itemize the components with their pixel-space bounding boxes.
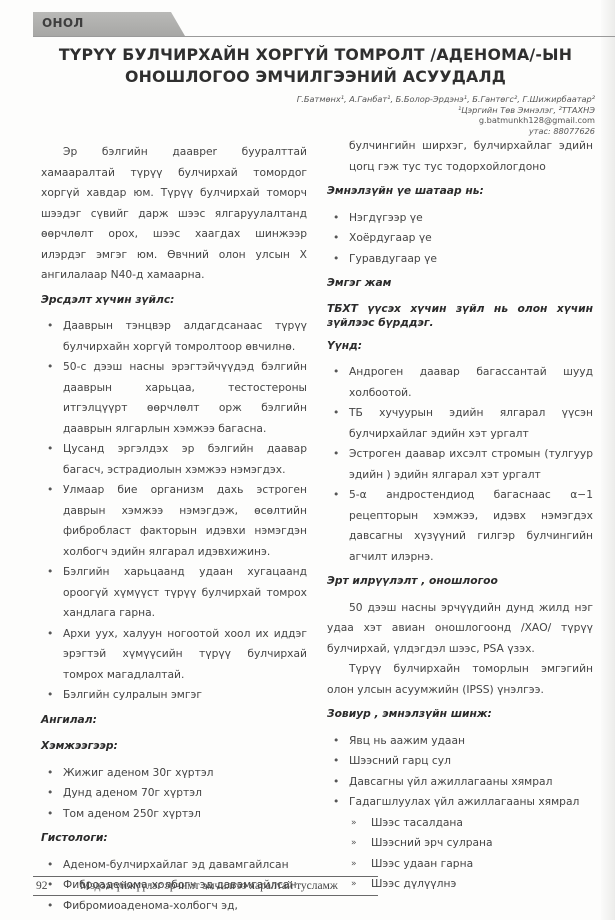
list-item: Дааврын тэнцвэр алдагдсанаас түрүү булчи… [41, 316, 307, 357]
list-item: ТБ хучуурын эдийн ялгарал үүсэн булчирха… [327, 403, 593, 444]
right-column: булчингийн ширхэг, булчирхайлаг эдийн цо… [327, 136, 593, 895]
left-column: Эр бэлгийн даавper бууралттай хамааралта… [41, 142, 307, 916]
section-tab-label: ОНОЛ [42, 16, 84, 30]
article-title: ТҮРҮҮ БУЛЧИРХАЙН ХОРГҮЙ ТОМРОЛТ /АДЕНОМА… [33, 44, 598, 88]
symptoms-list: Явц нь аажим удаан Шээсний гарц сул Давс… [327, 731, 593, 813]
list-item: Эстроген даавар ихсэлт стромын (тулгуур … [327, 444, 593, 485]
author-email: g.batmunkh128@gmail.com [297, 115, 595, 126]
basis-heading: Үүнд: [327, 336, 593, 357]
author-phone: утас: 88077626 [297, 126, 595, 137]
clinical-stages-heading: Эмнэлзүйн үе шатаар нь: [327, 181, 593, 202]
intro-paragraph: Эр бэлгийн даавper бууралттай хамааралта… [41, 142, 307, 286]
list-item: Фибромиоаденома-холбогч эд, [41, 896, 307, 917]
size-list: Жижиг аденом 30г хүртэл Дунд аденом 70г … [41, 763, 307, 825]
risk-factors-list: Дааврын тэнцвэр алдагдсанаас түрүү булчи… [41, 316, 307, 706]
list-item: Архи уух, халуун ногоотой хоол их иддэг … [41, 624, 307, 686]
classification-heading: Ангилал: [41, 710, 307, 731]
list-item: Андроген даавар багассантай шууд холбоот… [327, 362, 593, 403]
page-footer: 92 Мэдээгүйжүүлэг эрчимт эмчилгээ яаралт… [33, 876, 378, 896]
list-item: Аденом-булчирхайлаг эд давамгайлсан [41, 855, 307, 876]
early-detection-paragraph-1: 50 дээш насны эрчүүдийн дунд жилд нэг уд… [327, 598, 593, 660]
early-detection-paragraph-2: Түрүү булчирхайн томорлын эмгэгийн олон … [327, 659, 593, 700]
journal-name: Мэдээгүйжүүлэг эрчимт эмчилгээ яаралтай … [80, 877, 338, 895]
list-item: Цусанд эргэлдэх эр бэлгийн даавар багасч… [41, 439, 307, 480]
list-item: Гадагшлуулах үйл ажиллагааны хямрал [327, 792, 593, 813]
early-detection-heading: Эрт илрүүлэлт , оношлогоо [327, 571, 593, 592]
page-number: 92 [36, 877, 48, 895]
section-tab: ОНОЛ [33, 12, 185, 36]
author-affiliations: ¹Цэргийн Төв Эмнэлэг, ²ТТАХНЭ [297, 105, 595, 116]
list-item: Бэлгийн сулралын эмгэг [41, 685, 307, 706]
list-item: Бэлгийн харьцаанд удаан хугацаанд ороогү… [41, 562, 307, 624]
list-item: Шээсний эрч сулрана [327, 833, 593, 854]
list-item: Шээс удаан гарна [327, 854, 593, 875]
pathogenesis-heading: Эмгэг жам [327, 273, 593, 294]
size-heading: Хэмжээгээр: [41, 736, 307, 757]
list-item: Хоёрдугаар үе [327, 228, 593, 249]
list-item: Нэгдүгээр үе [327, 208, 593, 229]
list-item: Улмаар бие организм дахь эстроген даврын… [41, 480, 307, 562]
causes-heading: ТБХТ үүсэх хүчин зүйл нь олон хүчин зүйл… [327, 302, 593, 330]
histology-heading: Гистологи: [41, 828, 307, 849]
list-item: Шээсний гарц сул [327, 751, 593, 772]
header-rule [33, 36, 615, 37]
list-item: Жижиг аденом 30г хүртэл [41, 763, 307, 784]
list-item: Гуравдугаар үе [327, 249, 593, 270]
author-names: Г.Батмөнх¹, А.Ганбат¹, Б.Болор-Эрдэнэ¹, … [297, 94, 595, 105]
list-item: Дунд аденом 70г хүртэл [41, 783, 307, 804]
symptoms-heading: Зовиур , эмнэлзүйн шинж: [327, 704, 593, 725]
clinical-stages-list: Нэгдүгээр үе Хоёрдугаар үе Гуравдугаар ү… [327, 208, 593, 270]
list-item: 50-с дээш насны эрэгтэйчүүдэд бэлгийн да… [41, 357, 307, 439]
basis-list: Андроген даавар багассантай шууд холбоот… [327, 362, 593, 567]
list-item: Том аденом 250г хүртэл [41, 804, 307, 825]
page-edge-shadow [601, 0, 615, 920]
list-item: Шээс тасалдана [327, 813, 593, 834]
author-block: Г.Батмөнх¹, А.Ганбат¹, Б.Болор-Эрдэнэ¹, … [297, 94, 595, 136]
list-item: Явц нь аажим удаан [327, 731, 593, 752]
list-item: Давсагны үйл ажиллагааны хямрал [327, 772, 593, 793]
list-item: 5-α андростендиод багаснаас α−1 рецептор… [327, 485, 593, 567]
risk-factors-heading: Эрсдэлт хүчин зүйлс: [41, 290, 307, 311]
histology-continuation: булчингийн ширхэг, булчирхайлаг эдийн цо… [327, 136, 593, 177]
